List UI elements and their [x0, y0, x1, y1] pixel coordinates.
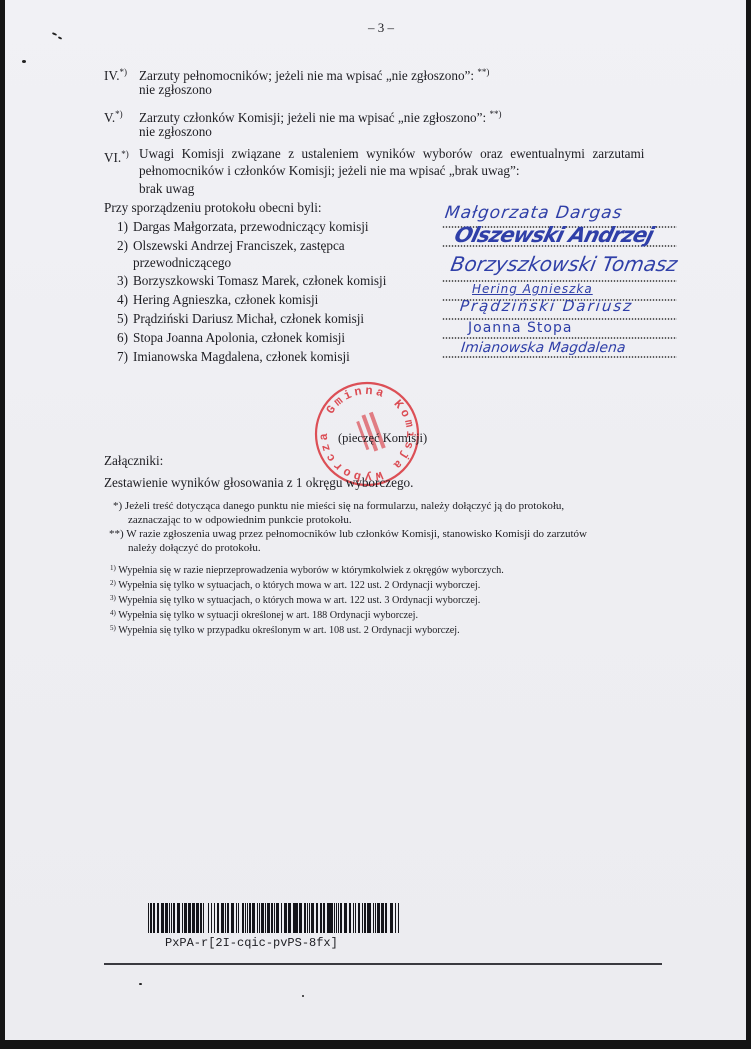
bottom-rule — [104, 963, 662, 965]
barcode-code: PxPA-r[2I-cqic-pvPS-8fx] — [165, 936, 338, 950]
section-iv: IV.*) Zarzuty pełnomocników; jeżeli nie … — [104, 64, 664, 104]
signature: Borzyszkowski Tomasz — [449, 252, 679, 276]
section-answer: nie zgłoszono — [139, 124, 212, 140]
signature: Małgorzata Dargas — [444, 203, 624, 223]
scan-artifact — [22, 60, 26, 63]
section-answer: nie zgłoszono — [139, 82, 212, 98]
note: 2) Wypełnia się tylko w sytuacjach, o kt… — [110, 579, 480, 591]
section-number: V.*) — [104, 106, 123, 126]
section-vi: VI.*) Uwagi Komisji związane z ustalenie… — [104, 146, 664, 206]
member-row: 4)Hering Agnieszka, członek komisji — [112, 292, 318, 308]
section-number: VI.*) — [104, 146, 129, 166]
present-members-title: Przy sporządzeniu protokołu obecni byli: — [104, 200, 322, 216]
footnote: *) Jeżeli treść dotycząca danego punktu … — [113, 499, 564, 513]
attachments-title: Załączniki: — [104, 453, 163, 469]
signature: Joanna Stopa — [468, 320, 572, 336]
scan-artifact — [52, 32, 57, 36]
signature: Imianowska Magdalena — [460, 340, 626, 356]
section-text: Zarzuty członków Komisji; jeżeli nie ma … — [139, 106, 501, 126]
signature: Prądziński Dariusz — [459, 297, 634, 315]
section-text-line2: pełnomocników i członków Komisji; jeżeli… — [139, 163, 520, 179]
member-row: 6)Stopa Joanna Apolonia, członek komisji — [112, 330, 345, 346]
member-row: 1)Dargas Małgorzata, przewodniczący komi… — [112, 219, 369, 235]
signature: Hering Agnieszka — [472, 282, 593, 296]
section-text-line1: Uwagi Komisji związane z ustaleniem wyni… — [139, 146, 654, 162]
section-answer: brak uwag — [139, 181, 194, 197]
note: 1) Wypełnia się w razie nieprzeprowadzen… — [110, 564, 504, 576]
note: 4) Wypełnia się tylko w sytuacji określo… — [110, 609, 418, 621]
member-row: 5)Prądziński Dariusz Michał, członek kom… — [112, 311, 364, 327]
signature-line — [442, 356, 677, 358]
section-text: Zarzuty pełnomocników; jeżeli nie ma wpi… — [139, 64, 489, 84]
scan-artifact — [139, 983, 142, 985]
member-row: 2)Olszewski Andrzej Franciszek, zastępca — [112, 238, 345, 254]
footnote: **) W razie zgłoszenia uwag przez pełnom… — [109, 527, 587, 541]
note: 5) Wypełnia się tylko w przypadku określ… — [110, 624, 460, 636]
member-row: 7)Imianowska Magdalena, członek komisji — [112, 349, 350, 365]
footnote-continuation: zaznaczając to w odpowiednim punkcie pro… — [128, 513, 352, 527]
scan-artifact — [58, 36, 62, 40]
stamp-label: (pieczęć Komisji) — [338, 431, 427, 446]
signature-line — [442, 337, 677, 339]
scanned-page: – 3 – IV.*) Zarzuty pełnomocników; jeżel… — [5, 0, 746, 1040]
signature: Olszewski Andrzej — [452, 223, 656, 247]
attachment-item: Zestawienie wyników głosowania z 1 okręg… — [104, 475, 413, 491]
page-number: – 3 – — [368, 20, 394, 36]
footnote-continuation: należy dołączyć do protokołu. — [128, 541, 261, 555]
section-number: IV.*) — [104, 64, 127, 84]
scan-artifact — [302, 995, 304, 997]
note: 3) Wypełnia się tylko w sytuacjach, o kt… — [110, 594, 480, 606]
section-v: V.*) Zarzuty członków Komisji; jeżeli ni… — [104, 106, 664, 146]
member-row: 3)Borzyszkowski Tomasz Marek, członek ko… — [112, 273, 386, 289]
barcode — [148, 903, 400, 933]
member-row-continuation: przewodniczącego — [133, 255, 231, 271]
